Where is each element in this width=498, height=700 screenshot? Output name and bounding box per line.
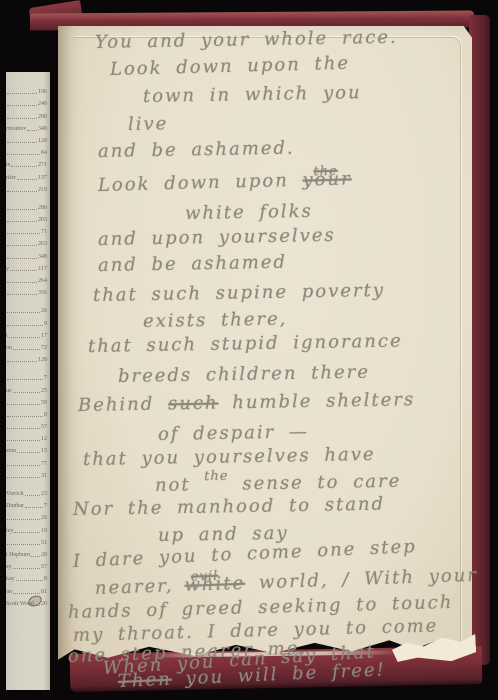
index-entry-name: ue <box>6 388 12 395</box>
index-page-number: 57 <box>41 424 47 431</box>
index-row: 84 <box>6 145 47 157</box>
poem-line: and be ashamed <box>98 253 287 276</box>
dotted-leader <box>27 130 37 131</box>
index-row: Vierick23 <box>6 486 47 498</box>
dotted-leader <box>7 465 40 466</box>
index-page-number: 290 <box>38 114 47 121</box>
dotted-leader <box>7 379 43 380</box>
poem-word-segment: town in which you <box>143 82 362 107</box>
index-page-number: 7 <box>44 375 47 382</box>
poem-line: Behind such humble shelters <box>78 390 416 416</box>
index-page-number: 117 <box>38 266 47 273</box>
index-row: 7 <box>6 370 47 382</box>
dotted-leader <box>7 154 40 155</box>
index-page-number: 71 <box>41 229 47 236</box>
index-page-number: 23 <box>41 491 47 498</box>
index-row: 263 <box>6 236 47 248</box>
dotted-leader <box>7 404 40 405</box>
index-entry-name: ey <box>6 564 12 571</box>
index-entry-name: ston <box>6 448 16 455</box>
index-row: 31 <box>6 468 47 480</box>
index-row: 51 <box>6 535 47 547</box>
dotted-leader <box>7 118 37 119</box>
poem-line: Nor the manhood to stand <box>73 495 385 520</box>
poem-word-segment: Look down upon <box>98 170 303 196</box>
index-page-number: 84 <box>41 150 47 157</box>
index-row: 356 <box>6 285 47 297</box>
index-row: 9 <box>6 315 47 327</box>
index-row: 203 <box>6 212 47 224</box>
index-page-number: 81 <box>41 589 47 596</box>
dotted-leader <box>7 221 37 222</box>
dotted-leader <box>7 191 37 192</box>
poem-word-segment: and be ashamed. <box>98 138 295 162</box>
index-page-number: 51 <box>41 540 47 547</box>
dotted-leader <box>7 544 40 545</box>
dotted-leader <box>7 361 37 362</box>
dotted-leader <box>13 593 40 594</box>
index-row: Dunbar7 <box>6 498 47 510</box>
index-page-number: 286 <box>38 205 47 212</box>
dotted-leader <box>7 428 40 429</box>
poem-line: exists there, <box>143 309 288 332</box>
index-entry-name: Vierick <box>6 491 24 498</box>
index-row: ston15 <box>6 443 47 455</box>
inserted-word: the <box>313 164 338 180</box>
index-page-number: 240 <box>38 101 47 108</box>
index-page: 196240290rmontov34012884te271rtier137219… <box>6 72 50 690</box>
poem-word-segment: not <box>155 474 205 496</box>
poem-word-segment: sense to care <box>228 471 401 495</box>
dotted-leader <box>7 209 37 210</box>
index-page-number: 340 <box>38 126 47 133</box>
index-page-number: 26 <box>41 515 47 522</box>
index-row: ley19 <box>6 522 47 534</box>
index-entry-name: rmontov <box>6 126 26 133</box>
index-row: on72 <box>6 340 47 352</box>
index-row: 12 <box>6 431 47 443</box>
index-row: ue25 <box>6 382 47 394</box>
poem-word-segment: of despair — <box>158 421 309 445</box>
index-row: 71 <box>6 224 47 236</box>
poem-word-segment: and upon yourselves <box>98 225 336 250</box>
index-row: t17 <box>6 328 47 340</box>
poem-line: and be ashamed. <box>98 139 295 162</box>
poem-word-segment: Behind <box>78 393 168 416</box>
index-page-number: 57 <box>41 564 47 571</box>
index-page-number: 219 <box>38 187 47 194</box>
dotted-leader <box>11 166 37 167</box>
index-row: 26 <box>6 303 47 315</box>
index-page-number: 203 <box>38 217 47 224</box>
index-page-number: 196 <box>38 89 47 96</box>
dotted-leader <box>7 519 40 520</box>
index-page-number: 59 <box>41 400 47 407</box>
index-row: te271 <box>6 157 47 169</box>
poem-text-layer: You and your whole race.Look down upon t… <box>58 26 472 686</box>
index-page-number: 72 <box>41 345 47 352</box>
poem-word-segment: exists there, <box>143 308 288 332</box>
index-row: t Hepburn20 <box>6 547 47 559</box>
index-page-number: 15 <box>41 448 47 455</box>
index-list: 196240290rmontov34012884te271rtier137219… <box>6 84 47 608</box>
index-page-number: 77 <box>41 461 47 468</box>
index-entry-name: t Hepburn <box>6 552 30 559</box>
inserted-word: the <box>204 469 229 484</box>
poem-word-segment: that you yourselves have <box>83 444 376 470</box>
poem-word-segment: world, / With your <box>245 565 478 594</box>
index-entry-name: y <box>6 266 9 273</box>
poem-line: and upon yourselves <box>98 226 336 250</box>
index-page-number: 8 <box>44 412 47 419</box>
poem-word-segment: You and your whole race. <box>95 27 398 53</box>
poem-line: that such supine poverty <box>93 281 385 306</box>
index-entry-name: rtier <box>6 175 16 182</box>
poem-line: Look down upon the <box>110 54 351 80</box>
index-row: 219 <box>6 182 47 194</box>
poem-line: You and your whole race. <box>95 28 398 53</box>
dotted-leader <box>7 93 37 94</box>
index-row: y117 <box>6 261 47 273</box>
index-entry-name: ley <box>6 528 13 535</box>
poem-word-segment: Nor the manhood to stand <box>73 494 385 520</box>
index-row: rtier137 <box>6 169 47 181</box>
index-row: 286 <box>6 200 47 212</box>
dotted-leader <box>31 556 40 557</box>
index-page-number: 271 <box>38 162 47 169</box>
poem-word-segment: that such supine poverty <box>93 280 385 306</box>
index-entry-name: Dunbar <box>6 503 24 510</box>
poem-word-segment: live <box>128 113 169 135</box>
dotted-leader <box>7 440 40 441</box>
index-entry-name: on <box>6 345 12 352</box>
dotted-leader <box>7 282 37 283</box>
dotted-leader <box>7 233 40 234</box>
index-entry-name: t <box>6 333 8 340</box>
index-row: ey57 <box>6 559 47 571</box>
index-row: 26 <box>6 510 47 522</box>
poem-line: of despair — <box>158 422 309 445</box>
poem-word-segment: white folks <box>185 201 313 224</box>
index-row: 290 <box>6 108 47 120</box>
dotted-leader <box>7 312 40 313</box>
index-page-number: 128 <box>38 138 47 145</box>
dotted-leader <box>17 452 40 453</box>
index-page-number: 26 <box>41 308 47 315</box>
index-page-number: 264 <box>38 278 47 285</box>
dotted-leader <box>25 507 43 508</box>
dotted-leader <box>13 349 40 350</box>
index-page-number: 25 <box>41 388 47 395</box>
poem-word-segment: breeds children there <box>118 362 370 387</box>
index-page-number: 356 <box>38 290 47 297</box>
index-entry-name: on <box>6 589 12 596</box>
index-row: 77 <box>6 455 47 467</box>
index-page-number: 137 <box>38 175 47 182</box>
poem-word-segment: nearer, <box>95 575 188 599</box>
poem-line: live <box>128 114 169 135</box>
index-row: 128 <box>6 352 47 364</box>
index-page-number: 20 <box>41 601 47 608</box>
dotted-leader <box>17 179 37 180</box>
dotted-leader <box>13 568 40 569</box>
poem-word-segment: and be ashamed <box>98 252 287 276</box>
index-page-number: 17 <box>41 333 47 340</box>
index-row: 8 <box>6 407 47 419</box>
poem-line: that such stupid ignorance <box>88 332 403 357</box>
index-page-number: 9 <box>44 321 47 328</box>
index-row: kay8 <box>6 571 47 583</box>
index-row: 57 <box>6 419 47 431</box>
poem-line: white folks <box>185 202 313 224</box>
poem-line: town in which you <box>143 83 362 107</box>
index-page-number: 263 <box>38 241 47 248</box>
photo-of-open-book: { "scene":{"description":"handwritten pe… <box>0 0 498 700</box>
index-row: 59 <box>6 395 47 407</box>
dotted-leader <box>7 245 37 246</box>
index-page-number: 348 <box>38 254 47 261</box>
index-page-number: 20 <box>41 552 47 559</box>
poem-line: that you yourselves have <box>83 445 376 470</box>
dotted-leader <box>7 105 37 106</box>
poem-word-segment: humble shelters <box>218 389 415 413</box>
inserted-word: evil <box>191 569 219 585</box>
poem-line: Look down upon yourthe <box>98 170 339 198</box>
dotted-leader <box>7 142 37 143</box>
struck-word: Then <box>118 669 173 692</box>
index-row: 264 <box>6 273 47 285</box>
index-entry-name: te <box>6 162 10 169</box>
index-row: 348 <box>6 248 47 260</box>
dotted-leader <box>13 392 40 393</box>
dotted-leader <box>16 580 43 581</box>
index-page-number: 31 <box>41 473 47 480</box>
index-row: 240 <box>6 96 47 108</box>
index-row: rmontov340 <box>6 121 47 133</box>
dotted-leader <box>10 270 37 271</box>
index-page-number: 8 <box>44 576 47 583</box>
index-page-number: 19 <box>41 528 47 535</box>
dotted-leader <box>7 416 43 417</box>
index-page-number: 12 <box>41 436 47 443</box>
poem-word-segment: Look down upon the <box>110 53 351 80</box>
index-row: 128 <box>6 133 47 145</box>
dotted-leader <box>7 477 40 478</box>
struck-word: such <box>168 393 219 415</box>
dotted-leader <box>25 495 40 496</box>
dotted-leader <box>9 337 40 338</box>
dotted-leader <box>7 325 43 326</box>
index-row: on81 <box>6 583 47 595</box>
index-page-number: 128 <box>38 357 47 364</box>
poem-word-segment: that such stupid ignorance <box>88 331 403 357</box>
dotted-leader <box>7 258 37 259</box>
index-entry-name: kay <box>6 576 15 583</box>
index-page-number: 7 <box>44 503 47 510</box>
dotted-leader <box>14 532 40 533</box>
dotted-leader <box>7 294 37 295</box>
index-row: 196 <box>6 84 47 96</box>
poem-line: breeds children there <box>118 363 370 387</box>
